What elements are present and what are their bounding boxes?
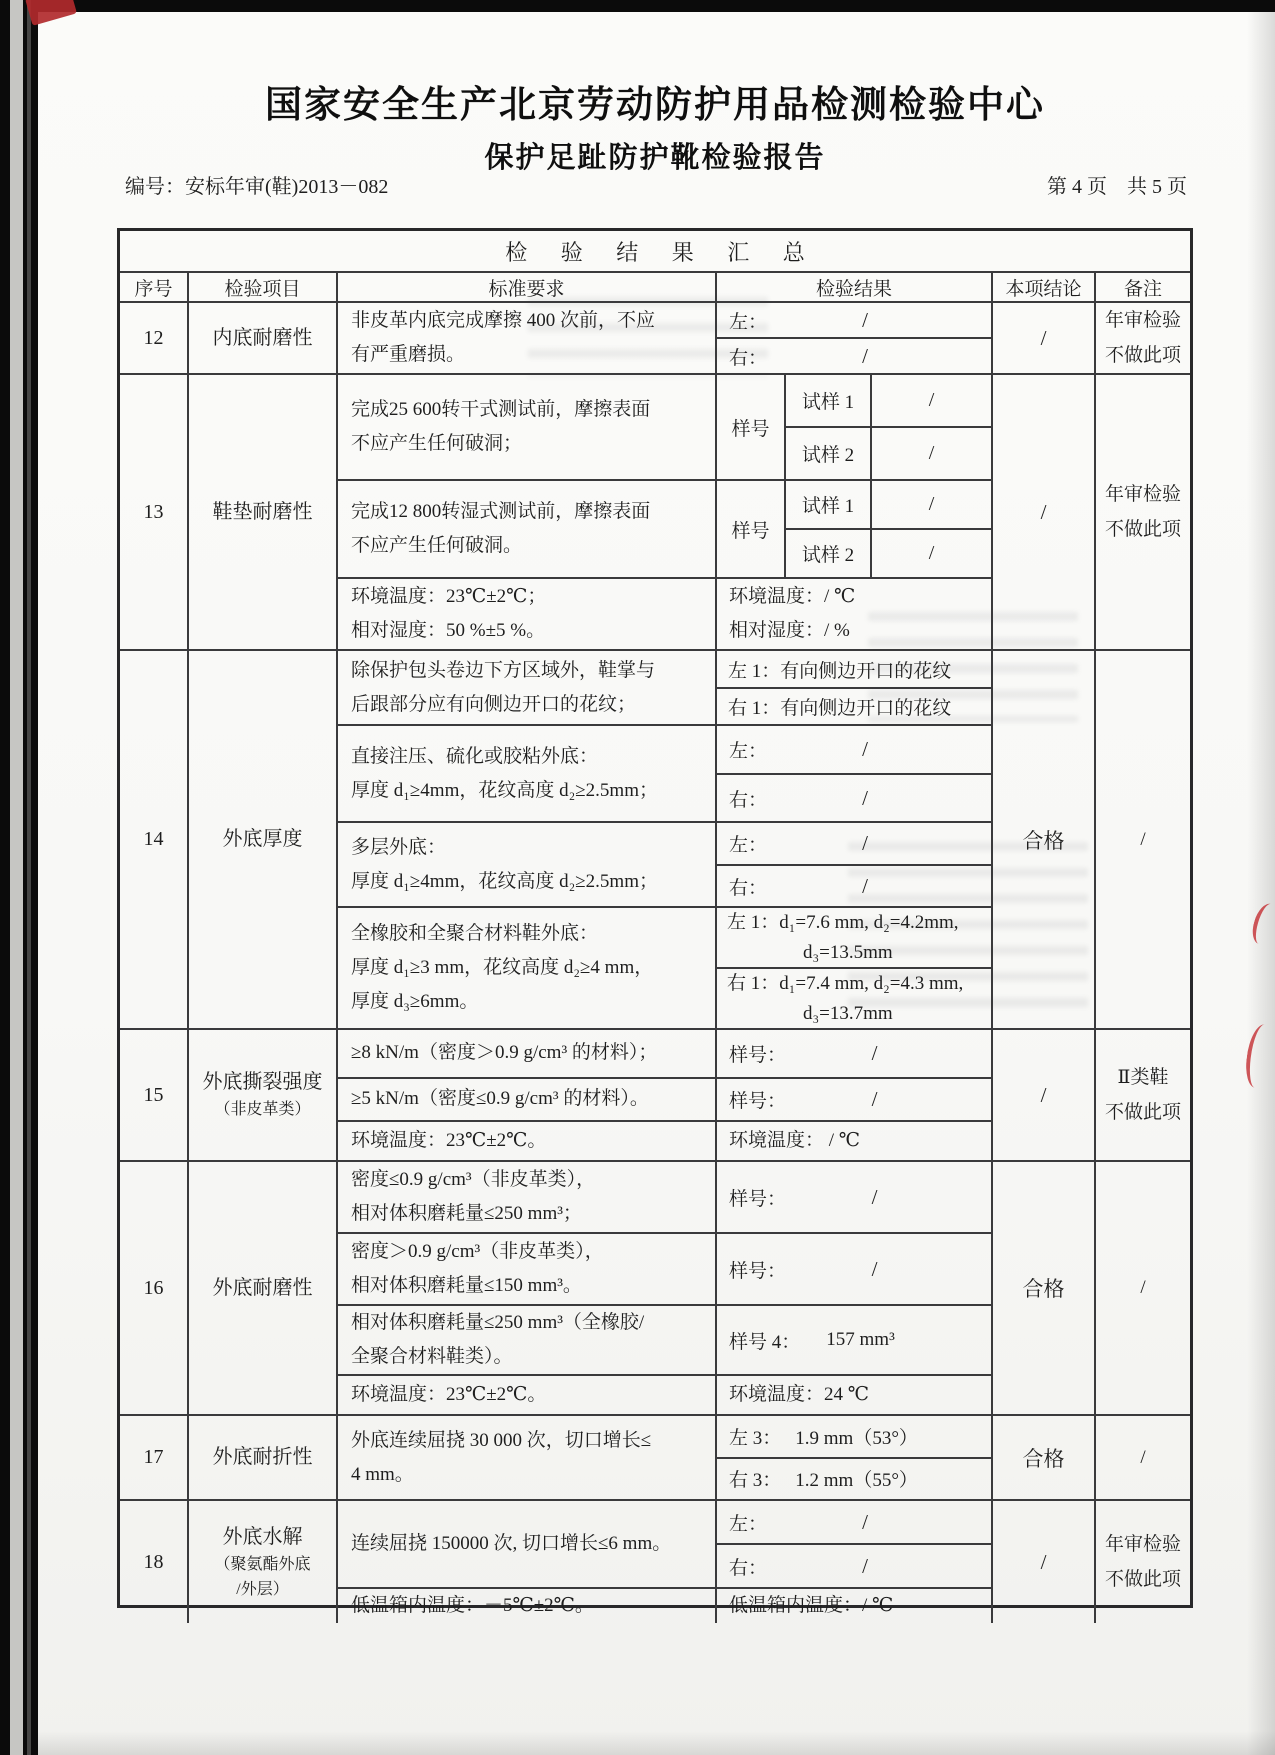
conclusion-cell: / xyxy=(991,375,1094,649)
scan-page-edge-shadow xyxy=(27,0,31,1755)
test-item: 鞋垫耐磨性 xyxy=(187,375,336,649)
remark-cell: 年审检验 不做此项 xyxy=(1094,375,1190,649)
conclusion-cell: / xyxy=(991,1501,1094,1623)
standard-text: 全聚合材料鞋类）。 xyxy=(351,1340,715,1374)
standard-text: 密度≤0.9 g/cm³（非皮革类）， xyxy=(351,1163,715,1197)
result-value: / xyxy=(862,308,868,333)
standard-text: 4 mm。 xyxy=(351,1458,715,1492)
result-label: 左： xyxy=(717,830,767,857)
env-standard-text: 环境温度：23℃±2℃。 xyxy=(351,1383,715,1408)
specimen-label: 试样 1 xyxy=(786,481,872,528)
env-result-text: 环境温度：/ ℃ xyxy=(729,580,991,614)
header-no: 序号 xyxy=(120,273,187,301)
env-result-text: 低温箱内温度：/ ℃ xyxy=(729,1589,991,1623)
header-remark: 备注 xyxy=(1094,273,1190,301)
result-label: 右： xyxy=(717,785,767,812)
remark-cell: / xyxy=(1094,1162,1190,1414)
remark-cell: / xyxy=(1094,651,1190,1028)
conclusion-cell: 合格 xyxy=(991,1416,1094,1499)
remark-cell: / xyxy=(1094,1416,1190,1499)
result-value: / xyxy=(862,831,868,856)
standard-text: 相对体积磨耗量≤250 mm³（全橡胶/ xyxy=(351,1306,715,1340)
standard-text: 完成25 600转干式测试前，摩擦表面 xyxy=(351,393,715,427)
row-no: 12 xyxy=(120,303,187,373)
result-value: / xyxy=(872,1185,878,1210)
remark-text: / xyxy=(1140,822,1145,857)
document-header: 国家安全生产北京劳动防护用品检测检验中心 保护足趾防护靴检验报告 xyxy=(117,74,1193,176)
conclusion-cell: / xyxy=(991,303,1094,373)
result-label: 样号： xyxy=(717,1256,786,1283)
result-text: 左 1：d₁=7.6 mm, d₂=4.2mm, xyxy=(717,908,959,937)
specimen-label: 试样 2 xyxy=(786,428,872,479)
result-label: 右 3： xyxy=(717,1465,781,1492)
page-indicator: 第 4 页 共 5 页 xyxy=(1047,170,1187,199)
remark-text: Ⅱ类鞋 xyxy=(1118,1060,1169,1095)
row-no: 15 xyxy=(120,1030,187,1160)
result-value: / xyxy=(872,1087,878,1112)
result-value: / xyxy=(872,1257,878,1282)
standard-text: 完成12 800转湿式测试前，摩擦表面 xyxy=(351,495,715,529)
table-row: 12 内底耐磨性 非皮革内底完成摩擦 400 次前，不应 有严重磨损。 左：/ … xyxy=(120,301,1190,373)
test-item: 外底厚度 xyxy=(187,651,336,1028)
item-label: 外底厚度 xyxy=(223,824,303,855)
sample-no-label: 样号 xyxy=(717,481,786,577)
result-value: 1.2 mm（55°） xyxy=(795,1465,918,1492)
scan-shadow-bottom xyxy=(38,1731,1275,1755)
item-label: 外底耐折性 xyxy=(213,1442,313,1473)
center-title: 国家安全生产北京劳动防护用品检测检验中心 xyxy=(117,74,1193,128)
standard-text: ≥8 kN/m（密度＞0.9 g/cm³ 的材料）； xyxy=(351,1041,715,1066)
standard-text: ≥5 kN/m（密度≤0.9 g/cm³ 的材料）。 xyxy=(351,1087,715,1112)
result-value: / xyxy=(872,481,991,528)
specimen-label: 试样 1 xyxy=(786,375,872,426)
result-label: 左： xyxy=(717,736,767,763)
env-result-text: 环境温度：24 ℃ xyxy=(729,1378,991,1412)
standard-text: 厚度 d₃≥6mm。 xyxy=(351,985,715,1019)
sample-no-label: 样号 xyxy=(717,375,786,479)
standard-text: 连续屈挠 150000 次, 切口增长≤6 mm。 xyxy=(351,1532,715,1557)
result-value: / xyxy=(862,737,868,762)
standard-text: 多层外底： xyxy=(351,831,715,865)
standard-text: 全橡胶和全聚合材料鞋外底： xyxy=(351,917,715,951)
remark-cell: Ⅱ类鞋 不做此项 xyxy=(1094,1030,1190,1160)
standard-text: 不应产生任何破洞； xyxy=(351,427,715,461)
standard-text: 相对体积磨耗量≤150 mm³。 xyxy=(351,1269,715,1303)
table-row: 18 外底水解 （聚氨酯外底 /外层） 连续屈挠 150000 次, 切口增长≤… xyxy=(120,1499,1190,1623)
scanned-report-page: { "page": { "center_title": "国家安全生产北京劳动防… xyxy=(0,0,1275,1755)
standard-text: 有严重磨损。 xyxy=(351,338,715,372)
result-label: 样号 4： xyxy=(717,1327,800,1354)
results-table: 检 验 结 果 汇 总 序号 检验项目 标准要求 检验结果 本项结论 备注 12… xyxy=(117,228,1193,1608)
item-sublabel: /外层） xyxy=(236,1578,288,1603)
env-standard-text: 低温箱内温度：－5℃±2℃。 xyxy=(351,1594,715,1619)
result-value: 1.9 mm（53°） xyxy=(795,1423,918,1450)
result-value: / xyxy=(862,1510,868,1535)
remark-cell: 年审检验 不做此项 xyxy=(1094,303,1190,373)
row-no: 17 xyxy=(120,1416,187,1499)
header-item: 检验项目 xyxy=(187,273,336,301)
table-row: 14 外底厚度 除保护包头卷边下方区域外，鞋掌与 后跟部分应有向侧边开口的花纹；… xyxy=(120,649,1190,1028)
specimen-label: 试样 2 xyxy=(786,530,872,577)
test-item: 外底耐折性 xyxy=(187,1416,336,1499)
test-item: 外底水解 （聚氨酯外底 /外层） xyxy=(187,1501,336,1623)
header-conclusion: 本项结论 xyxy=(991,273,1094,301)
standard-text: 密度＞0.9 g/cm³（非皮革类）， xyxy=(351,1235,715,1269)
report-meta-line: 编号：安标年审(鞋)2013－082 第 4 页 共 5 页 xyxy=(125,170,1187,199)
result-label: 右： xyxy=(717,343,767,370)
result-text: d₃=13.7mm xyxy=(717,999,893,1028)
env-standard-text: 相对湿度：50 %±5 %。 xyxy=(351,614,715,648)
standard-text: 后跟部分应有向侧边开口的花纹； xyxy=(351,688,715,722)
conclusion-cell: / xyxy=(991,1030,1094,1160)
result-value: 157 mm³ xyxy=(826,1329,895,1351)
remark-cell: 年审检验 不做此项 xyxy=(1094,1501,1190,1623)
result-text: 右 1：有向侧边开口的花纹 xyxy=(717,693,951,720)
standard-text: 不应产生任何破洞。 xyxy=(351,529,715,563)
result-value: / xyxy=(872,1041,878,1066)
scan-page-edge-strip xyxy=(10,0,23,1755)
result-value: / xyxy=(862,1554,868,1579)
remark-text: 年审检验 xyxy=(1105,477,1181,512)
result-value: / xyxy=(872,428,991,479)
remark-text: 不做此项 xyxy=(1105,512,1181,547)
standard-text: 相对体积磨耗量≤250 mm³； xyxy=(351,1197,715,1231)
header-standard: 标准要求 xyxy=(336,273,715,301)
test-item: 外底撕裂强度 （非皮革类） xyxy=(187,1030,336,1160)
item-label: 鞋垫耐磨性 xyxy=(213,497,313,528)
result-label: 样号： xyxy=(717,1086,786,1113)
standard-text: 厚度 d₁≥4mm，花纹高度 d₂≥2.5mm； xyxy=(351,774,715,808)
standard-text: 厚度 d₁≥3 mm，花纹高度 d₂≥4 mm， xyxy=(351,951,715,985)
conclusion-cell: 合格 xyxy=(991,651,1094,1028)
scan-shadow-right xyxy=(1247,12,1275,1755)
remark-text: 不做此项 xyxy=(1105,1095,1181,1130)
result-label: 样号： xyxy=(717,1040,786,1067)
item-sublabel: （聚氨酯外底 xyxy=(214,1553,310,1578)
paper: 国家安全生产北京劳动防护用品检测检验中心 保护足趾防护靴检验报告 编号：安标年审… xyxy=(38,12,1275,1755)
result-text: d₃=13.5mm xyxy=(717,938,893,967)
remark-text: / xyxy=(1140,1440,1145,1475)
standard-text: 除保护包头卷边下方区域外，鞋掌与 xyxy=(351,654,715,688)
env-standard-text: 环境温度：23℃±2℃； xyxy=(351,580,715,614)
item-sublabel: （非皮革类） xyxy=(214,1098,310,1123)
result-label: 样号： xyxy=(717,1184,786,1211)
row-no: 14 xyxy=(120,651,187,1028)
env-result-text: 相对湿度：/ % xyxy=(729,614,991,648)
row-no: 16 xyxy=(120,1162,187,1414)
item-label: 外底撕裂强度 xyxy=(203,1067,323,1098)
result-text: 左 1：有向侧边开口的花纹 xyxy=(717,656,951,683)
item-label: 外底耐磨性 xyxy=(213,1273,313,1304)
result-label: 右： xyxy=(717,873,767,900)
standard-text: 非皮革内底完成摩擦 400 次前，不应 xyxy=(351,304,715,338)
remark-text: 不做此项 xyxy=(1105,338,1181,373)
test-item: 内底耐磨性 xyxy=(187,303,336,373)
standard-text: 厚度 d₁≥4mm，花纹高度 d₂≥2.5mm； xyxy=(351,865,715,899)
result-value: / xyxy=(862,874,868,899)
table-title: 检 验 结 果 汇 总 xyxy=(120,231,1190,271)
result-label: 右： xyxy=(717,1553,767,1580)
result-text: 右 1：d₁=7.4 mm, d₂=4.3 mm, xyxy=(717,969,963,998)
row-no: 18 xyxy=(120,1501,187,1623)
header-result: 检验结果 xyxy=(715,273,991,301)
standard-text: 外底连续屈挠 30 000 次，切口增长≤ xyxy=(351,1424,715,1458)
row-no: 13 xyxy=(120,375,187,649)
result-value: / xyxy=(862,344,868,369)
table-row: 15 外底撕裂强度 （非皮革类） ≥8 kN/m（密度＞0.9 g/cm³ 的材… xyxy=(120,1028,1190,1160)
env-standard-text: 环境温度：23℃±2℃。 xyxy=(351,1129,715,1154)
result-value: / xyxy=(872,375,991,426)
report-number: 编号：安标年审(鞋)2013－082 xyxy=(125,170,388,199)
table-row: 16 外底耐磨性 密度≤0.9 g/cm³（非皮革类）， 相对体积磨耗量≤250… xyxy=(120,1160,1190,1414)
item-label: 内底耐磨性 xyxy=(213,323,313,354)
table-row: 13 鞋垫耐磨性 完成25 600转干式测试前，摩擦表面 不应产生任何破洞； 样… xyxy=(120,373,1190,649)
result-value: / xyxy=(872,530,991,577)
remark-text: 年审检验 xyxy=(1105,1527,1181,1562)
test-item: 外底耐磨性 xyxy=(187,1162,336,1414)
remark-text: 年审检验 xyxy=(1105,303,1181,338)
standard-text: 直接注压、硫化或胶粘外底： xyxy=(351,740,715,774)
result-label: 左： xyxy=(717,307,767,334)
table-row: 17 外底耐折性 外底连续屈挠 30 000 次，切口增长≤ 4 mm。 左 3… xyxy=(120,1414,1190,1499)
result-label: 左 3： xyxy=(717,1423,781,1450)
result-value: / xyxy=(862,786,868,811)
remark-text: 不做此项 xyxy=(1105,1562,1181,1597)
result-label: 左： xyxy=(717,1509,767,1536)
conclusion-cell: 合格 xyxy=(991,1162,1094,1414)
item-label: 外底水解 xyxy=(223,1522,303,1553)
remark-text: / xyxy=(1140,1270,1145,1305)
env-result-text: 环境温度： / ℃ xyxy=(729,1124,991,1158)
table-header-row: 序号 检验项目 标准要求 检验结果 本项结论 备注 xyxy=(120,271,1190,301)
